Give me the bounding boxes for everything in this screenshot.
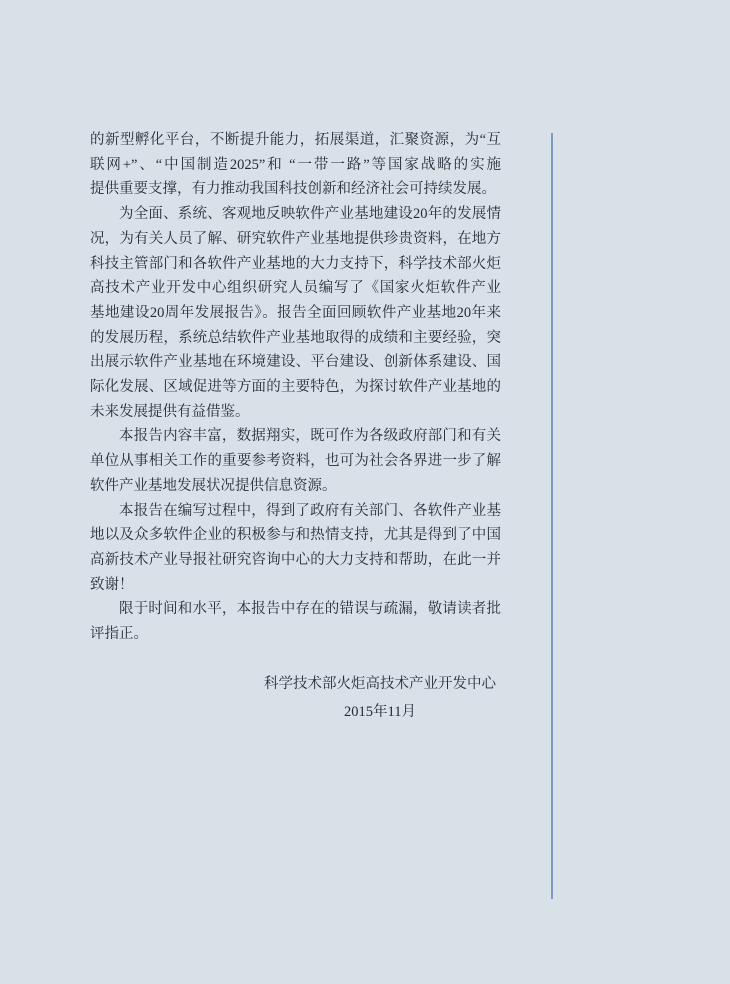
text-line: 提供重要支撑，有力推动我国科技创新和经济社会可持续发展。 [90,177,501,202]
text-line: 本报告内容丰富，数据翔实，既可作为各级政府部门和有关 [90,424,501,449]
signature-date: 2015年11月 [250,698,510,726]
preface-text-block: 的新型孵化平台，不断提升能力，拓展渠道，汇聚资源，为“互联网+”、“中国制造20… [90,128,501,726]
paragraphs-container: 的新型孵化平台，不断提升能力，拓展渠道，汇聚资源，为“互联网+”、“中国制造20… [90,128,501,647]
text-line: 高技术产业开发中心组织研究人员编写了《国家火炬软件产业 [90,276,501,301]
paragraph: 的新型孵化平台，不断提升能力，拓展渠道，汇聚资源，为“互联网+”、“中国制造20… [90,128,501,202]
text-line: 未来发展提供有益借鉴。 [90,400,501,425]
text-line: 的发展历程，系统总结软件产业基地取得的成绩和主要经验，突 [90,326,501,351]
paragraph: 限于时间和水平，本报告中存在的错误与疏漏，敬请读者批评指正。 [90,597,501,646]
text-line: 际化发展、区域促进等方面的主要特色，为探讨软件产业基地的 [90,375,501,400]
text-line: 为全面、系统、客观地反映软件产业基地建设20年的发展情 [90,202,501,227]
text-line: 评指正。 [90,622,501,647]
text-line: 限于时间和水平，本报告中存在的错误与疏漏，敬请读者批 [90,597,501,622]
text-line: 基地建设20周年发展报告》。报告全面回顾软件产业基地20年来 [90,301,501,326]
text-line: 出展示软件产业基地在环境建设、平台建设、创新体系建设、国 [90,350,501,375]
text-line: 的新型孵化平台，不断提升能力，拓展渠道，汇聚资源，为“互 [90,128,501,153]
text-line: 本报告在编写过程中，得到了政府有关部门、各软件产业基 [90,499,501,524]
signature-organization: 科学技术部火炬高技术产业开发中心 [250,670,510,698]
text-line: 单位从事相关工作的重要参考资料，也可为社会各界进一步了解 [90,449,501,474]
text-line: 高新技术产业导报社研究咨询中心的大力支持和帮助，在此一并 [90,548,501,573]
signature-block: 科学技术部火炬高技术产业开发中心 2015年11月 [250,670,510,726]
text-line: 软件产业基地发展状况提供信息资源。 [90,474,501,499]
text-line: 联网+”、“中国制造2025”和 “一带一路”等国家战略的实施 [90,153,501,178]
text-line: 地以及众多软件企业的积极参与和热情支持，尤其是得到了中国 [90,523,501,548]
text-line: 况，为有关人员了解、研究软件产业基地提供珍贵资料，在地方 [90,227,501,252]
paragraph: 本报告在编写过程中，得到了政府有关部门、各软件产业基地以及众多软件企业的积极参与… [90,499,501,598]
paragraph: 为全面、系统、客观地反映软件产业基地建设20年的发展情况，为有关人员了解、研究软… [90,202,501,424]
text-line: 科技主管部门和各软件产业基地的大力支持下，科学技术部火炬 [90,252,501,277]
paragraph: 本报告内容丰富，数据翔实，既可作为各级政府部门和有关单位从事相关工作的重要参考资… [90,424,501,498]
right-accent-line [551,133,553,899]
text-line: 致谢！ [90,573,501,598]
document-page: 的新型孵化平台，不断提升能力，拓展渠道，汇聚资源，为“互联网+”、“中国制造20… [0,0,730,984]
